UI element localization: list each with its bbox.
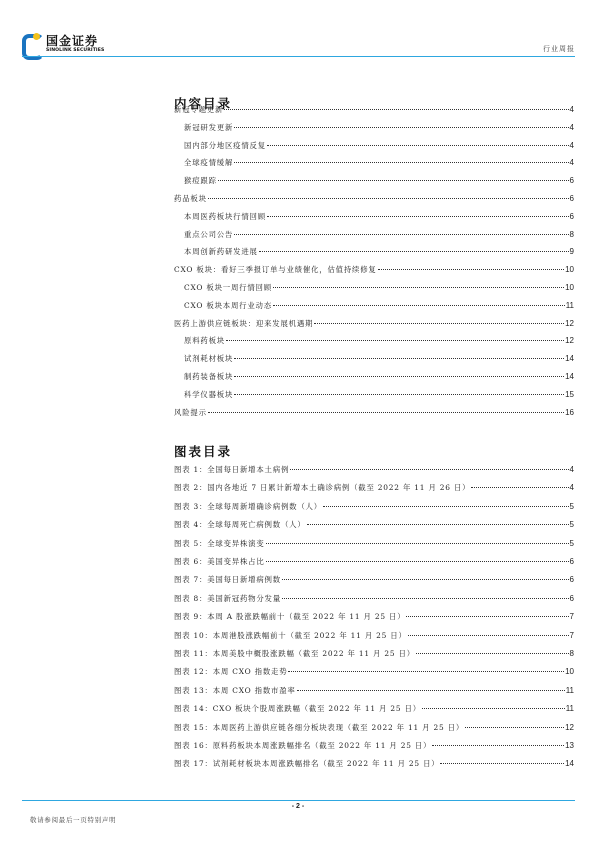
contents-entry[interactable]: 试剂耗材板块14: [174, 353, 574, 367]
dot-leader: [432, 745, 564, 746]
dot-leader: [208, 412, 564, 413]
contents-entry-page: 6: [570, 176, 574, 185]
contents-entry-label: CXO 板块一周行情回顾: [174, 282, 272, 293]
figure-entry-label: 图表 15：本周医药上游供应链各细分板块表现（截至 2022 年 11 月 25…: [174, 722, 464, 733]
contents-entry-label: 新冠专题更新: [174, 104, 223, 115]
dot-leader: [273, 287, 564, 288]
contents-entry[interactable]: CXO 板块：看好三季报订单与业绩催化，估值持续修复10: [174, 264, 574, 278]
figure-entry-page: 13: [565, 741, 574, 750]
dot-leader: [406, 616, 568, 617]
contents-entry-page: 6: [570, 194, 574, 203]
figure-entry[interactable]: 图表 15：本周医药上游供应链各细分板块表现（截至 2022 年 11 月 25…: [174, 722, 574, 736]
figure-entry-label: 图表 4：全球每周死亡病例数（人）: [174, 519, 306, 530]
dot-leader: [266, 561, 569, 562]
figure-entry-label: 图表 1：全国每日新增本土病例: [174, 464, 289, 475]
dot-leader: [282, 598, 569, 599]
contents-entry[interactable]: 药品板块6: [174, 193, 574, 207]
dot-leader: [297, 690, 565, 691]
dot-leader: [378, 269, 565, 270]
dot-leader: [259, 251, 569, 252]
contents-entry-page: 9: [570, 247, 574, 256]
contents-entry[interactable]: 风险提示16: [174, 407, 574, 421]
dot-leader: [224, 109, 568, 110]
contents-entry[interactable]: 本周创新药研发进展9: [174, 246, 574, 260]
contents-entry-label: 猴痘跟踪: [174, 175, 217, 186]
contents-entry-label: 医药上游供应链板块：迎来发展机遇期: [174, 318, 313, 329]
logo-en-text: SINOLINK SECURITIES: [46, 49, 104, 54]
figure-entry[interactable]: 图表 1：全国每日新增本土病例4: [174, 464, 574, 478]
figure-entry-page: 7: [570, 631, 574, 640]
contents-entry-label: 药品板块: [174, 193, 207, 204]
dot-leader: [307, 524, 569, 525]
contents-entry[interactable]: 科学仪器板块15: [174, 389, 574, 403]
contents-entry[interactable]: CXO 板块一周行情回顾10: [174, 282, 574, 296]
figure-entry[interactable]: 图表 9：本周 A 股涨跌幅前十（截至 2022 年 11 月 25 日）7: [174, 611, 574, 625]
contents-entry-label: CXO 板块本周行业动态: [174, 300, 272, 311]
dot-leader: [234, 376, 564, 377]
figure-entry-page: 6: [570, 575, 574, 584]
figure-entry[interactable]: 图表 16：原料药板块本周涨跌幅排名（截至 2022 年 11 月 25 日）1…: [174, 740, 574, 754]
figures-title: 图表目录: [174, 442, 232, 460]
figure-entry-label: 图表 10：本周港股涨跌幅前十（截至 2022 年 11 月 25 日）: [174, 630, 407, 641]
dot-leader: [440, 763, 564, 764]
contents-entry-page: 14: [565, 372, 574, 381]
contents-entry[interactable]: 本周医药板块行情回顾6: [174, 211, 574, 225]
figure-entry-page: 7: [570, 612, 574, 621]
contents-entry-page: 11: [566, 301, 574, 310]
dot-leader: [208, 198, 569, 199]
figure-entry[interactable]: 图表 7：美国每日新增病例数6: [174, 574, 574, 588]
header-divider: [22, 56, 575, 57]
dot-leader: [323, 506, 569, 507]
contents-entry-page: 12: [565, 319, 574, 328]
dot-leader: [226, 340, 564, 341]
contents-entry[interactable]: 新冠专题更新4: [174, 104, 574, 118]
figure-entry-label: 图表 16：原料药板块本周涨跌幅排名（截至 2022 年 11 月 25 日）: [174, 740, 431, 751]
figure-entry-label: 图表 5：全球变异株演变: [174, 538, 265, 549]
figure-entry[interactable]: 图表 8：美国新冠药物分发量6: [174, 593, 574, 607]
contents-entry-page: 8: [570, 230, 574, 239]
contents-entry-page: 10: [565, 265, 574, 274]
figure-entry-page: 8: [570, 649, 574, 658]
figure-entry-page: 12: [565, 723, 574, 732]
disclaimer: 敬请参阅最后一页特别声明: [30, 815, 116, 824]
contents-entry-label: 制药装备板块: [174, 371, 233, 382]
contents-entry-page: 4: [570, 105, 574, 114]
figure-entry[interactable]: 图表 11：本周美股中概股涨跌幅（截至 2022 年 11 月 25 日）8: [174, 648, 574, 662]
dot-leader: [422, 708, 565, 709]
figure-entry-page: 11: [566, 704, 574, 713]
contents-entry[interactable]: 国内部分地区疫情反复4: [174, 140, 574, 154]
figure-entry-label: 图表 17：试剂耗材板块本周涨跌幅排名（截至 2022 年 11 月 25 日）: [174, 758, 439, 769]
contents-entry[interactable]: 原料药板块12: [174, 335, 574, 349]
contents-entry[interactable]: 医药上游供应链板块：迎来发展机遇期12: [174, 318, 574, 332]
contents-entry-label: CXO 板块：看好三季报订单与业绩催化，估值持续修复: [174, 264, 377, 275]
figure-entry-page: 14: [565, 759, 574, 768]
logo-icon: [22, 33, 42, 55]
report-type: 行业周报: [543, 44, 575, 54]
contents-entry-page: 4: [570, 141, 574, 150]
dot-leader: [234, 162, 568, 163]
dot-leader: [267, 216, 569, 217]
figure-entry-page: 6: [570, 557, 574, 566]
dot-leader: [465, 727, 564, 728]
dot-leader: [266, 543, 569, 544]
dot-leader: [288, 671, 564, 672]
figure-entry-label: 图表 13：本周 CXO 指数市盈率: [174, 685, 296, 696]
figure-entry[interactable]: 图表 6：美国变异株占比6: [174, 556, 574, 570]
contents-entry-label: 本周创新药研发进展: [174, 246, 258, 257]
dot-leader: [471, 487, 568, 488]
contents-entry-page: 16: [565, 408, 574, 417]
figure-entry-label: 图表 11：本周美股中概股涨跌幅（截至 2022 年 11 月 25 日）: [174, 648, 415, 659]
figure-entry-label: 图表 3：全球每周新增确诊病例数（人）: [174, 501, 322, 512]
dot-leader: [282, 579, 569, 580]
contents-entry-label: 新冠研发更新: [174, 122, 233, 133]
figure-entry-label: 图表 14：CXO 板块个股周涨跌幅（截至 2022 年 11 月 25 日）: [174, 703, 421, 714]
contents-entry[interactable]: 重点公司公告8: [174, 229, 574, 243]
figure-entry-label: 图表 7：美国每日新增病例数: [174, 574, 281, 585]
figure-entry-page: 5: [570, 502, 574, 511]
figure-entry[interactable]: 图表 3：全球每周新增确诊病例数（人）5: [174, 501, 574, 515]
figure-entry[interactable]: 图表 17：试剂耗材板块本周涨跌幅排名（截至 2022 年 11 月 25 日）…: [174, 758, 574, 772]
figure-entry-label: 图表 12：本周 CXO 指数走势: [174, 666, 287, 677]
figure-entry[interactable]: 图表 4：全球每周死亡病例数（人）5: [174, 519, 574, 533]
company-logo: 国金证券 SINOLINK SECURITIES: [22, 33, 104, 55]
dot-leader: [234, 127, 568, 128]
figure-entry-label: 图表 6：美国变异株占比: [174, 556, 265, 567]
figure-entry[interactable]: 图表 13：本周 CXO 指数市盈率11: [174, 685, 574, 699]
dot-leader: [416, 653, 569, 654]
dot-leader: [273, 305, 565, 306]
contents-entry-page: 4: [570, 123, 574, 132]
dot-leader: [234, 394, 564, 395]
contents-entry-label: 原料药板块: [174, 335, 225, 346]
dot-leader: [218, 180, 569, 181]
contents-entry-label: 重点公司公告: [174, 229, 233, 240]
contents-entry-label: 风险提示: [174, 407, 207, 418]
contents-entry[interactable]: 新冠研发更新4: [174, 122, 574, 136]
dot-leader: [234, 234, 568, 235]
contents-entry-label: 全球疫情缓解: [174, 157, 233, 168]
contents-entry-label: 科学仪器板块: [174, 389, 233, 400]
figure-entry-page: 10: [565, 667, 574, 676]
dot-leader: [267, 145, 569, 146]
dot-leader: [290, 469, 568, 470]
figure-entry[interactable]: 图表 14：CXO 板块个股周涨跌幅（截至 2022 年 11 月 25 日）1…: [174, 703, 574, 717]
contents-entry-page: 6: [570, 212, 574, 221]
logo-cn-text: 国金证券: [46, 35, 104, 47]
contents-entry[interactable]: 制药装备板块14: [174, 371, 574, 385]
contents-entry[interactable]: 全球疫情缓解4: [174, 157, 574, 171]
contents-entry-page: 4: [570, 158, 574, 167]
figure-entry[interactable]: 图表 10：本周港股涨跌幅前十（截至 2022 年 11 月 25 日）7: [174, 630, 574, 644]
figure-entry-page: 11: [566, 686, 574, 695]
dot-leader: [234, 358, 564, 359]
figure-entry-page: 6: [570, 594, 574, 603]
dot-leader: [314, 323, 564, 324]
figure-entry-label: 图表 2：国内各地近 7 日累计新增本土确诊病例（截至 2022 年 11 月 …: [174, 482, 470, 493]
figure-entry[interactable]: 图表 12：本周 CXO 指数走势10: [174, 666, 574, 680]
figure-entry[interactable]: 图表 5：全球变异株演变5: [174, 538, 574, 552]
contents-entry[interactable]: 猴痘跟踪6: [174, 175, 574, 189]
contents-entry[interactable]: CXO 板块本周行业动态11: [174, 300, 574, 314]
figure-entry-page: 5: [570, 520, 574, 529]
contents-entry-label: 试剂耗材板块: [174, 353, 233, 364]
contents-entry-page: 12: [565, 336, 574, 345]
figure-entry-label: 图表 9：本周 A 股涨跌幅前十（截至 2022 年 11 月 25 日）: [174, 611, 405, 622]
figure-entry-page: 4: [570, 483, 574, 492]
figure-entry-label: 图表 8：美国新冠药物分发量: [174, 593, 281, 604]
contents-entry-label: 本周医药板块行情回顾: [174, 211, 266, 222]
contents-entry-label: 国内部分地区疫情反复: [174, 140, 266, 151]
contents-entry-page: 10: [565, 283, 574, 292]
dot-leader: [408, 635, 569, 636]
figure-entry-page: 5: [570, 539, 574, 548]
page-number: - 2 -: [0, 803, 596, 810]
contents-entry-page: 14: [565, 354, 574, 363]
figure-entry[interactable]: 图表 2：国内各地近 7 日累计新增本土确诊病例（截至 2022 年 11 月 …: [174, 482, 574, 496]
footer-divider: [22, 800, 575, 801]
figure-entry-page: 4: [570, 465, 574, 474]
contents-entry-page: 15: [565, 390, 574, 399]
